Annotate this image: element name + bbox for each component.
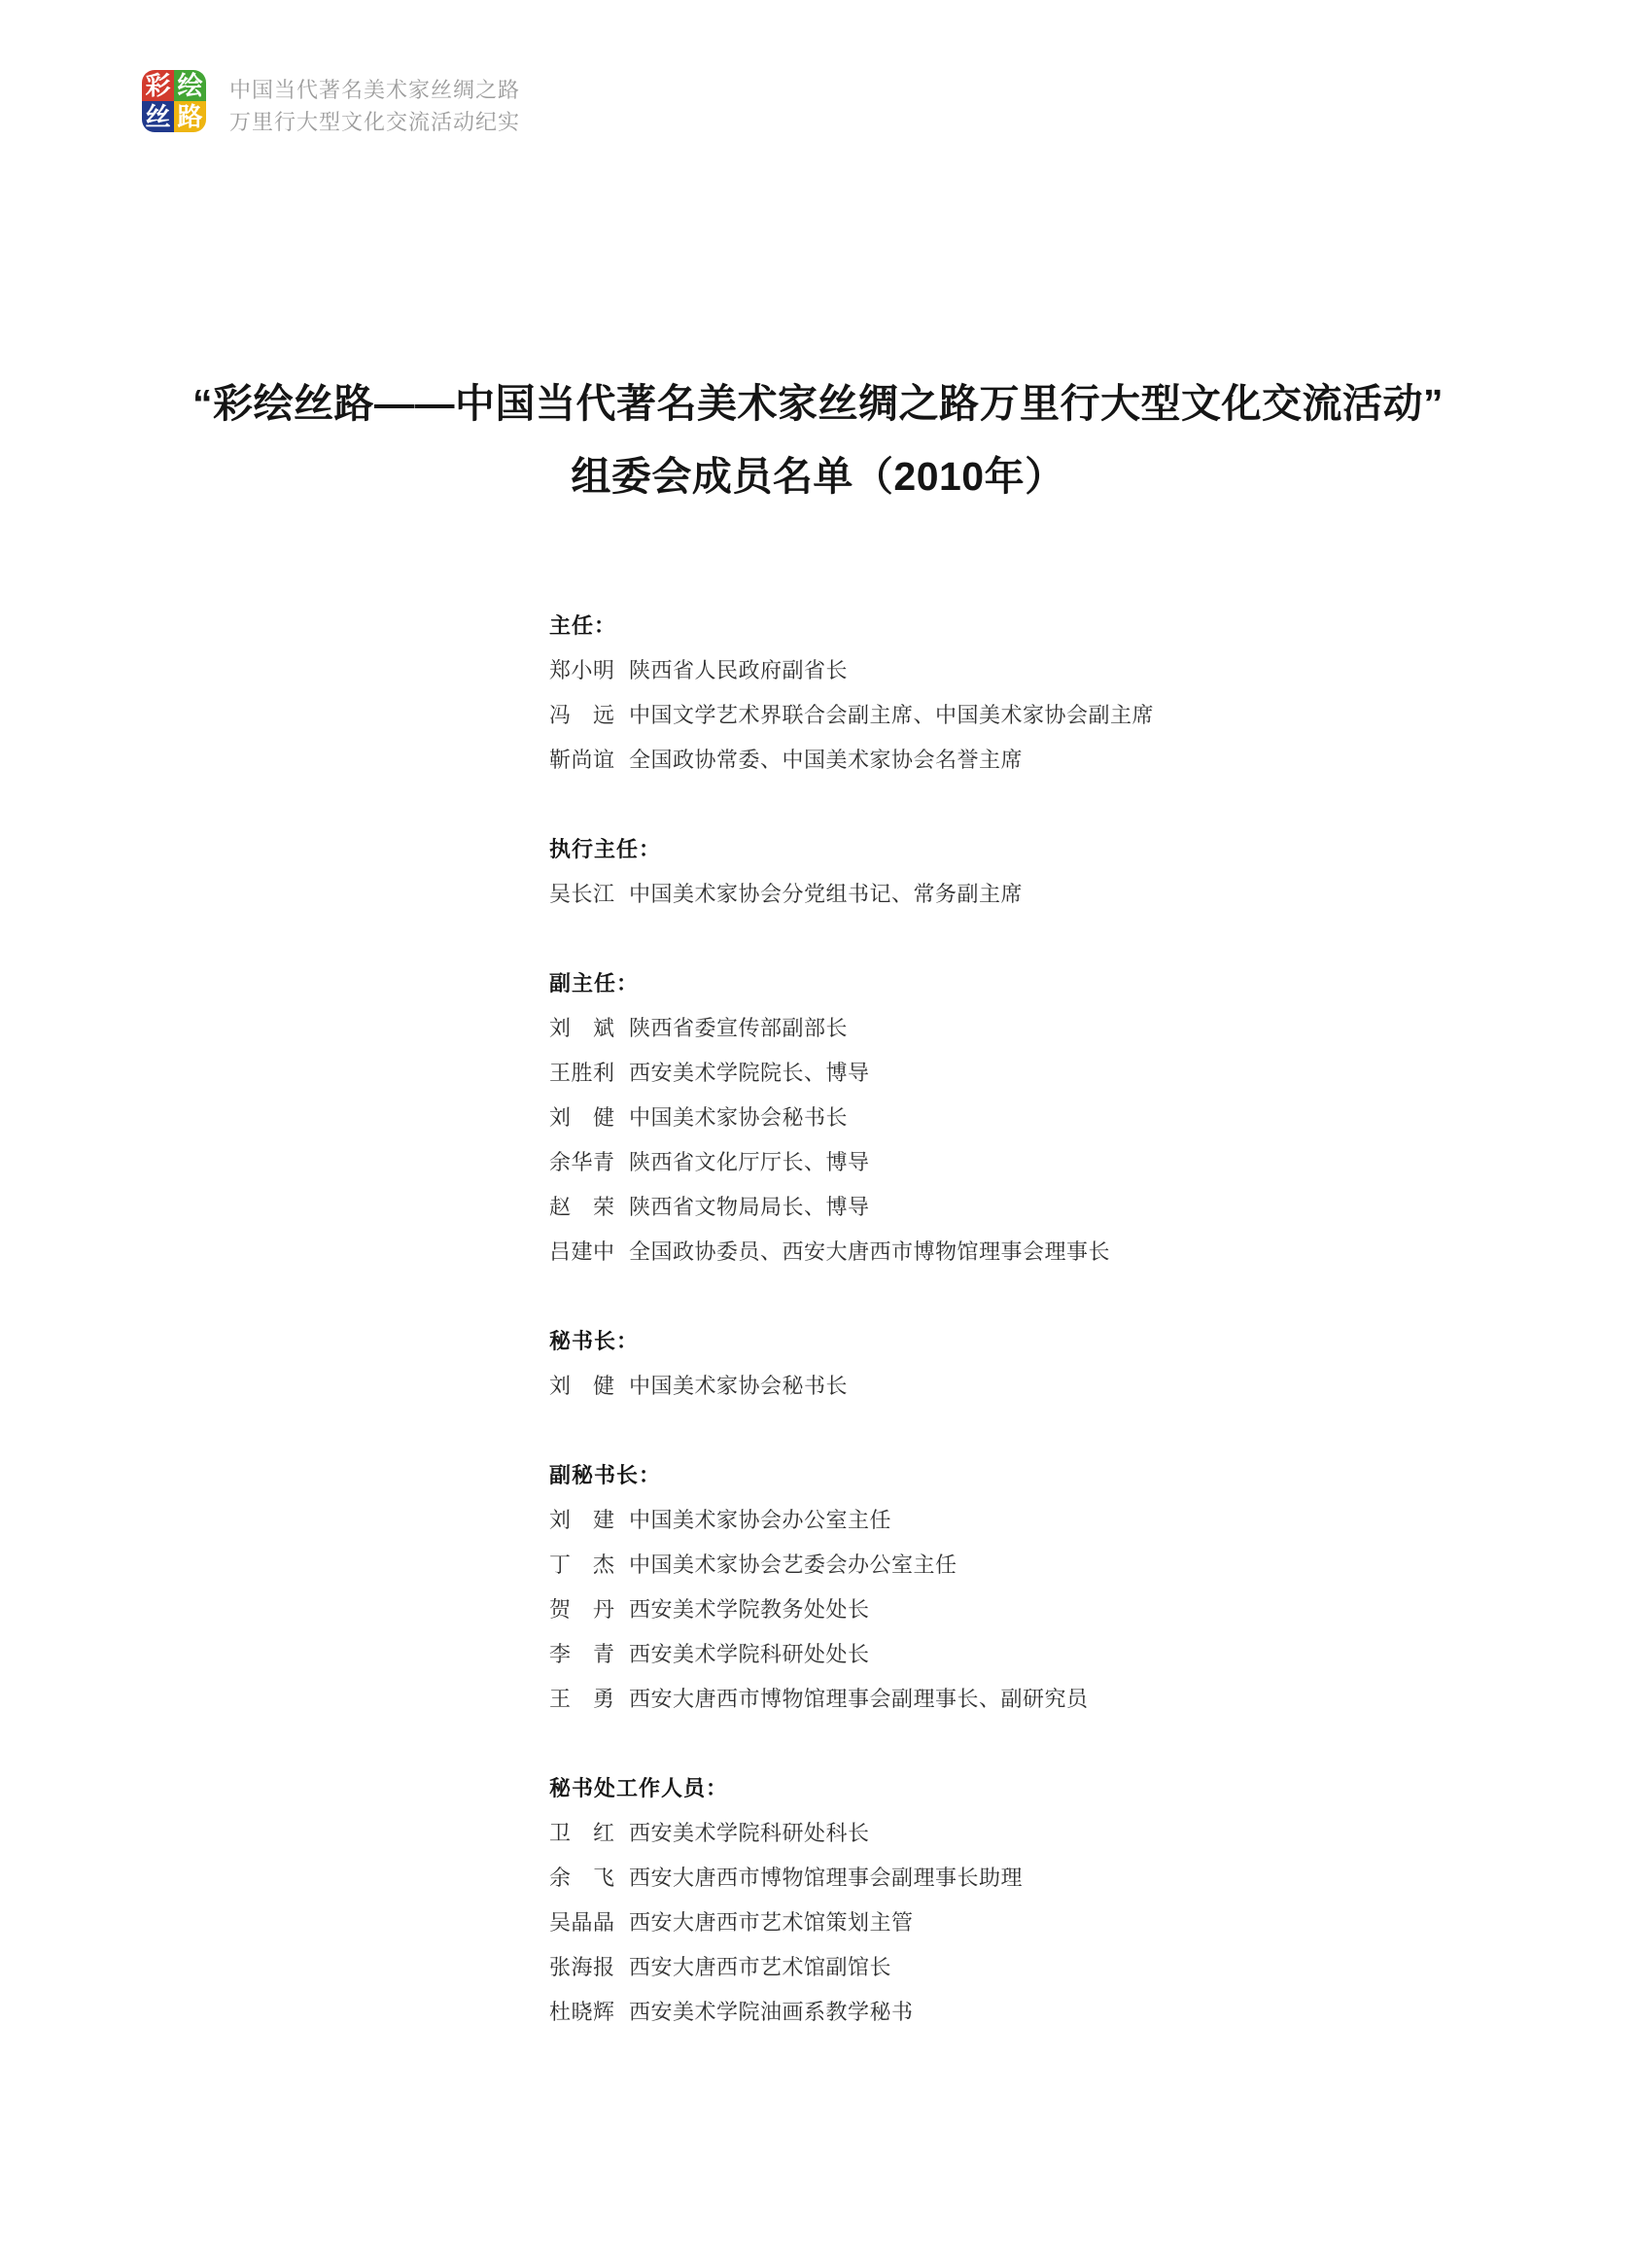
brand-tagline-line1: 中国当代著名美术家丝绸之路 [229, 74, 520, 106]
section-secretariat-staff: 秘书处工作人员： 卫 红西安美术学院科研处科长 余 飞西安大唐西市博物馆理事会副… [549, 1766, 1154, 2035]
member-title: 陕西省人民政府副省长 [629, 658, 848, 682]
section-deputy-secretary-general: 副秘书长： 刘 建中国美术家协会办公室主任 丁 杰中国美术家协会艺委会办公室主任… [549, 1453, 1154, 1722]
member-row: 卫 红西安美术学院科研处科长 [549, 1811, 1154, 1856]
section-director: 主任： 郑小明陕西省人民政府副省长 冯 远中国文学艺术界联合会副主席、中国美术家… [549, 604, 1154, 783]
member-title: 中国美术家协会分党组书记、常务副主席 [629, 882, 1023, 906]
member-title: 中国美术家协会办公室主任 [629, 1508, 891, 1532]
member-name: 赵 荣 [549, 1185, 615, 1230]
member-row: 李 青西安美术学院科研处处长 [549, 1632, 1154, 1677]
member-name: 刘 斌 [549, 1006, 615, 1051]
member-name: 吕建中 [549, 1230, 615, 1274]
section-secretary-general: 秘书长： 刘 健中国美术家协会秘书长 [549, 1319, 1154, 1409]
member-title: 全国政协常委、中国美术家协会名誉主席 [629, 748, 1023, 772]
member-name: 王 勇 [549, 1677, 615, 1722]
member-name: 靳尚谊 [549, 738, 615, 783]
member-row: 杜晓辉西安美术学院油画系教学秘书 [549, 1990, 1154, 2035]
member-row: 郑小明陕西省人民政府副省长 [549, 648, 1154, 693]
member-row: 吕建中全国政协委员、西安大唐西市博物馆理事会理事长 [549, 1230, 1154, 1274]
committee-roster: 主任： 郑小明陕西省人民政府副省长 冯 远中国文学艺术界联合会副主席、中国美术家… [549, 604, 1154, 2035]
member-title: 西安大唐西市艺术馆策划主管 [629, 1910, 914, 1935]
logo-quadrant-green: 绘 [174, 70, 206, 101]
member-name: 刘 健 [549, 1096, 615, 1140]
member-name: 丁 杰 [549, 1543, 615, 1588]
member-row: 刘 健中国美术家协会秘书长 [549, 1096, 1154, 1140]
member-row: 吴晶晶西安大唐西市艺术馆策划主管 [549, 1901, 1154, 1945]
member-title: 西安美术学院院长、博导 [629, 1061, 870, 1085]
member-row: 赵 荣陕西省文物局局长、博导 [549, 1185, 1154, 1230]
member-name: 张海报 [549, 1945, 615, 1990]
member-name: 刘 建 [549, 1498, 615, 1543]
member-row: 吴长江中国美术家协会分党组书记、常务副主席 [549, 872, 1154, 917]
section-heading: 执行主任： [549, 827, 1154, 872]
member-title: 西安美术学院科研处处长 [629, 1642, 870, 1666]
logo-quadrant-blue: 丝 [142, 101, 174, 132]
member-name: 王胜利 [549, 1051, 615, 1096]
member-title: 中国美术家协会秘书长 [629, 1374, 848, 1398]
member-row: 王胜利西安美术学院院长、博导 [549, 1051, 1154, 1096]
member-title: 中国美术家协会秘书长 [629, 1105, 848, 1130]
member-row: 刘 健中国美术家协会秘书长 [549, 1364, 1154, 1409]
page-title: “彩绘丝路——中国当代著名美术家丝绸之路万里行大型文化交流活动” 组委会成员名单… [0, 367, 1636, 513]
section-heading: 主任： [549, 604, 1154, 648]
section-executive-director: 执行主任： 吴长江中国美术家协会分党组书记、常务副主席 [549, 827, 1154, 917]
member-name: 吴晶晶 [549, 1901, 615, 1945]
member-name: 李 青 [549, 1632, 615, 1677]
member-row: 余 飞西安大唐西市博物馆理事会副理事长助理 [549, 1856, 1154, 1901]
member-name: 余 飞 [549, 1856, 615, 1901]
member-title: 西安美术学院油画系教学秘书 [629, 2000, 914, 2024]
member-name: 余华青 [549, 1140, 615, 1185]
member-row: 王 勇西安大唐西市博物馆理事会副理事长、副研究员 [549, 1677, 1154, 1722]
member-title: 陕西省文化厅厅长、博导 [629, 1150, 870, 1174]
page-title-line1: “彩绘丝路——中国当代著名美术家丝绸之路万里行大型文化交流活动” [0, 367, 1636, 440]
brand-header: 彩 绘 丝 路 中国当代著名美术家丝绸之路 万里行大型文化交流活动纪实 [142, 70, 520, 138]
member-name: 卫 红 [549, 1811, 615, 1856]
member-title: 西安大唐西市艺术馆副馆长 [629, 1955, 891, 1979]
brand-tagline: 中国当代著名美术家丝绸之路 万里行大型文化交流活动纪实 [229, 70, 520, 138]
section-heading: 秘书处工作人员： [549, 1766, 1154, 1811]
member-row: 丁 杰中国美术家协会艺委会办公室主任 [549, 1543, 1154, 1588]
member-name: 贺 丹 [549, 1588, 615, 1632]
member-row: 贺 丹西安美术学院教务处处长 [549, 1588, 1154, 1632]
member-row: 冯 远中国文学艺术界联合会副主席、中国美术家协会副主席 [549, 693, 1154, 738]
brand-tagline-line2: 万里行大型文化交流活动纪实 [229, 106, 520, 138]
member-name: 郑小明 [549, 648, 615, 693]
member-title: 西安大唐西市博物馆理事会副理事长、副研究员 [629, 1687, 1089, 1711]
member-title: 中国美术家协会艺委会办公室主任 [629, 1553, 957, 1577]
section-deputy-director: 副主任： 刘 斌陕西省委宣传部副部长 王胜利西安美术学院院长、博导 刘 健中国美… [549, 961, 1154, 1274]
member-title: 陕西省委宣传部副部长 [629, 1016, 848, 1040]
member-title: 陕西省文物局局长、博导 [629, 1195, 870, 1219]
member-row: 余华青陕西省文化厅厅长、博导 [549, 1140, 1154, 1185]
member-row: 刘 建中国美术家协会办公室主任 [549, 1498, 1154, 1543]
section-heading: 副主任： [549, 961, 1154, 1006]
member-title: 全国政协委员、西安大唐西市博物馆理事会理事长 [629, 1239, 1110, 1264]
logo-quadrant-yellow: 路 [174, 101, 206, 132]
silk-road-logo-icon: 彩 绘 丝 路 [142, 70, 206, 132]
member-row: 刘 斌陕西省委宣传部副部长 [549, 1006, 1154, 1051]
member-name: 刘 健 [549, 1364, 615, 1409]
member-row: 张海报西安大唐西市艺术馆副馆长 [549, 1945, 1154, 1990]
section-heading: 秘书长： [549, 1319, 1154, 1364]
member-title: 西安大唐西市博物馆理事会副理事长助理 [629, 1866, 1023, 1890]
member-title: 西安美术学院教务处处长 [629, 1597, 870, 1622]
logo-quadrant-red: 彩 [142, 70, 174, 101]
section-heading: 副秘书长： [549, 1453, 1154, 1498]
member-row: 靳尚谊全国政协常委、中国美术家协会名誉主席 [549, 738, 1154, 783]
member-title: 中国文学艺术界联合会副主席、中国美术家协会副主席 [629, 703, 1154, 727]
member-name: 吴长江 [549, 872, 615, 917]
member-name: 杜晓辉 [549, 1990, 615, 2035]
member-title: 西安美术学院科研处科长 [629, 1821, 870, 1845]
member-name: 冯 远 [549, 693, 615, 738]
page-title-line2: 组委会成员名单（2010年） [0, 440, 1636, 513]
